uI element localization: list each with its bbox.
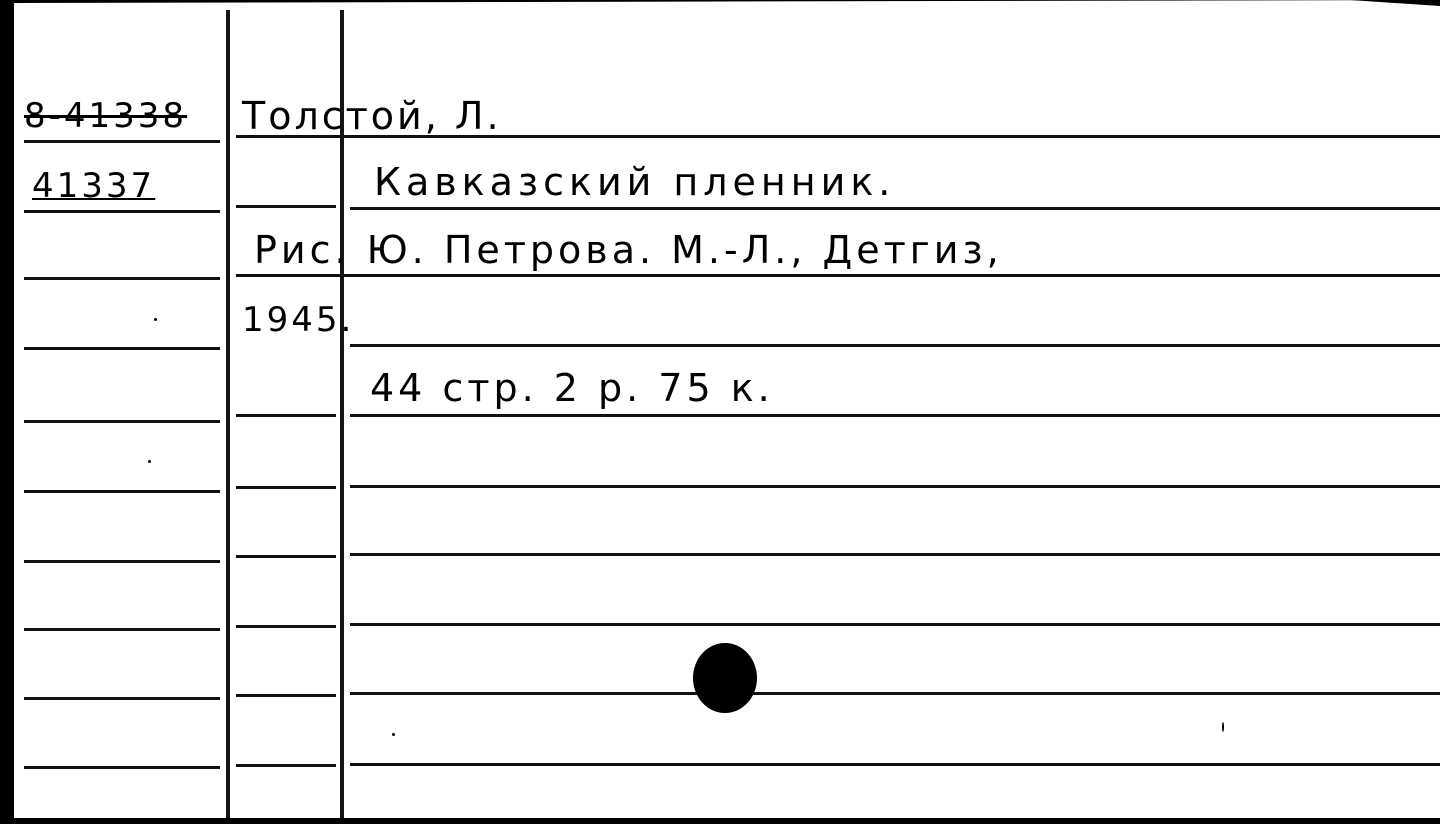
ruled-line (24, 420, 220, 423)
ruled-line (236, 764, 336, 767)
scan-speck (392, 733, 395, 736)
ruled-line (350, 414, 1440, 417)
ruled-line (236, 555, 336, 558)
imprint-year: 1945. (242, 300, 354, 340)
ruled-line (236, 414, 336, 417)
ruled-line (24, 210, 220, 213)
ruled-line (24, 697, 220, 700)
ruled-line (350, 623, 1440, 626)
ruled-line (24, 766, 220, 769)
ruled-line (24, 490, 220, 493)
ruled-line (236, 486, 336, 489)
call-number-column-divider (226, 10, 230, 818)
imprint-line: Рис. Ю. Петрова. М.-Л., Детгиз, (254, 228, 1003, 272)
ruled-line (350, 692, 1440, 695)
punch-hole (693, 643, 757, 713)
scan-speck (148, 460, 151, 463)
author-heading: Толстой, Л. (242, 94, 502, 138)
call-number: 41337 (32, 166, 155, 206)
ruled-line (236, 274, 1440, 277)
ruled-line (236, 205, 336, 208)
collation-price: 44 стр. 2 р. 75 к. (370, 366, 774, 410)
ruled-line (24, 560, 220, 563)
ruled-line (236, 625, 336, 628)
ruled-line (350, 344, 1440, 347)
ruled-line (24, 628, 220, 631)
scan-speck (154, 318, 157, 321)
old-call-number: 8-41338 (24, 96, 187, 136)
scan-speck (1222, 722, 1224, 732)
ruled-line (350, 553, 1440, 556)
ruled-line (24, 277, 220, 280)
ruled-line (350, 763, 1440, 766)
scan-edge (0, 0, 14, 824)
ruled-line (24, 140, 220, 143)
ruled-line (350, 207, 1440, 210)
ruled-line (236, 694, 336, 697)
ruled-line (350, 485, 1440, 488)
ruled-line (24, 347, 220, 350)
catalog-card: 8-41338 41337 Толстой, Л. Кавказский пле… (14, 0, 1440, 818)
book-title: Кавказский пленник. (374, 160, 895, 204)
